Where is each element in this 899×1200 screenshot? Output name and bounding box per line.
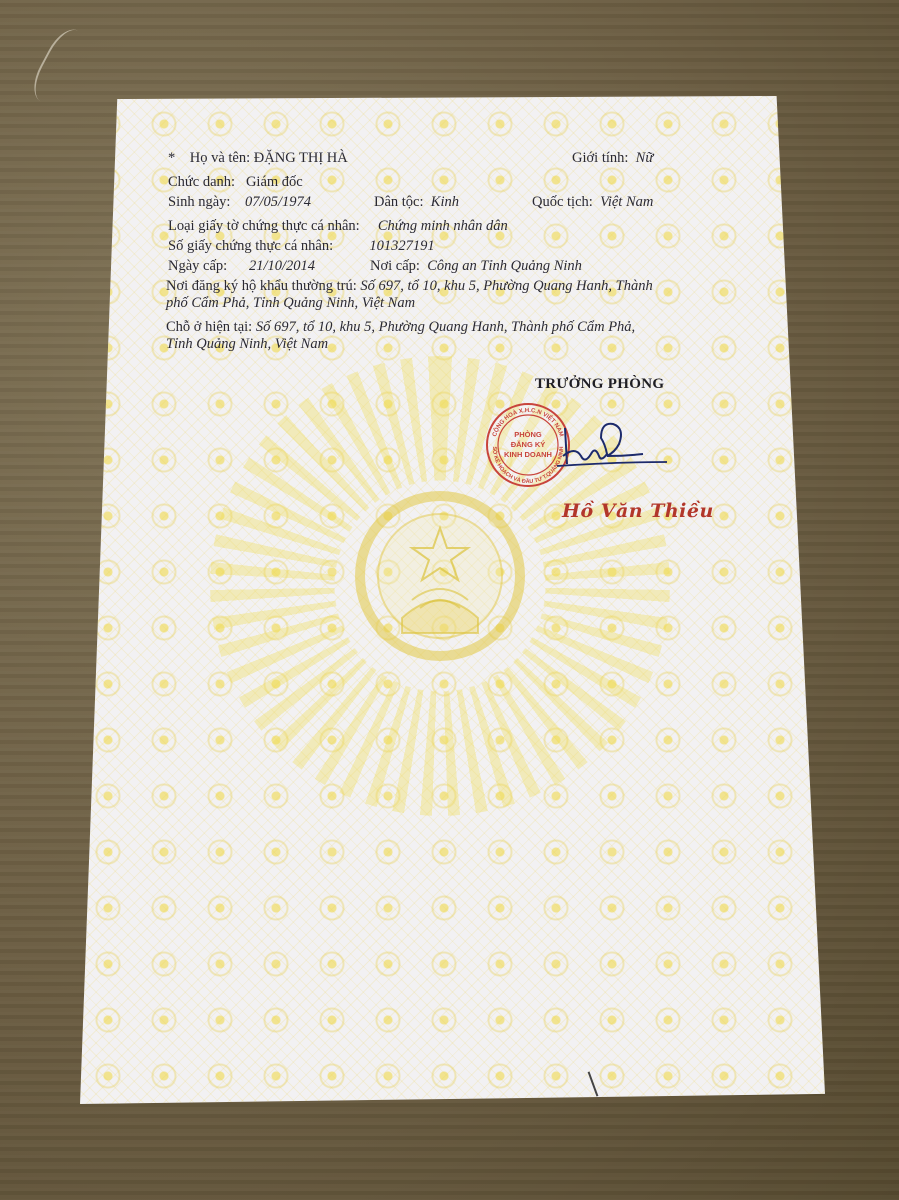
dob-row: Sinh ngày: 07/05/1974 xyxy=(168,194,311,211)
id-type-value: Chứng minh nhân dân xyxy=(378,218,508,234)
id-number-row: Số giấy chứng thực cá nhân: 101327191 xyxy=(168,238,435,255)
dob-value: 07/05/1974 xyxy=(245,194,311,210)
id-number-value: 101327191 xyxy=(369,238,434,254)
document-paper: * Họ và tên: ĐẶNG THỊ HÀ Giới tính: Nữ C… xyxy=(80,96,825,1104)
handwritten-signature-icon xyxy=(535,416,670,476)
gender-value: Nữ xyxy=(636,150,654,166)
current-address-continued: Tỉnh Quảng Ninh, Việt Nam xyxy=(166,336,328,353)
bullet: * xyxy=(168,150,175,166)
full-name-label: Họ và tên: xyxy=(190,150,250,166)
permanent-address-line1: Số 697, tổ 10, khu 5, Phường Quang Hanh,… xyxy=(360,278,652,294)
issue-date-row: Ngày cấp: 21/10/2014 xyxy=(168,258,315,275)
issue-date-value: 21/10/2014 xyxy=(249,258,315,274)
signer-name: Hồ Văn Thiều xyxy=(562,500,714,522)
current-address-line2: Tỉnh Quảng Ninh, Việt Nam xyxy=(166,336,328,352)
current-address-label: Chỗ ở hiện tại: xyxy=(166,319,252,335)
nationality-value: Việt Nam xyxy=(600,194,653,210)
permanent-address-line2: phố Cẩm Phả, Tỉnh Quảng Ninh, Việt Nam xyxy=(166,295,415,311)
issue-date-label: Ngày cấp: xyxy=(168,258,227,274)
full-name-row: * Họ và tên: ĐẶNG THỊ HÀ xyxy=(168,150,348,167)
id-type-row: Loại giấy tờ chứng thực cá nhân: Chứng m… xyxy=(168,218,508,235)
permanent-address-continued: phố Cẩm Phả, Tỉnh Quảng Ninh, Việt Nam xyxy=(166,295,415,312)
nationality-label: Quốc tịch: xyxy=(532,194,593,210)
current-address-row: Chỗ ở hiện tại: Số 697, tổ 10, khu 5, Ph… xyxy=(166,319,635,336)
nationality-row: Quốc tịch: Việt Nam xyxy=(532,194,653,211)
ethnicity-value: Kinh xyxy=(431,194,459,210)
gender-row: Giới tính: Nữ xyxy=(572,150,653,167)
dob-label: Sinh ngày: xyxy=(168,194,230,210)
id-type-label: Loại giấy tờ chứng thực cá nhân: xyxy=(168,218,360,234)
issue-place-row: Nơi cấp: Công an Tỉnh Quảng Ninh xyxy=(370,258,582,275)
issue-place-value: Công an Tỉnh Quảng Ninh xyxy=(427,258,582,274)
full-name-value: ĐẶNG THỊ HÀ xyxy=(254,150,348,166)
position-value: Giám đốc xyxy=(246,174,303,190)
ethnicity-label: Dân tộc: xyxy=(374,194,424,210)
issue-place-label: Nơi cấp: xyxy=(370,258,420,274)
ethnicity-row: Dân tộc: Kinh xyxy=(374,194,459,211)
signature-title: TRƯỞNG PHÒNG xyxy=(535,376,664,393)
id-number-label: Số giấy chứng thực cá nhân: xyxy=(168,238,333,254)
permanent-address-row: Nơi đăng ký hộ khẩu thường trú: Số 697, … xyxy=(166,278,653,295)
current-address-line1: Số 697, tổ 10, khu 5, Phường Quang Hanh,… xyxy=(256,319,635,335)
national-emblem-watermark-icon xyxy=(352,488,528,664)
permanent-address-label: Nơi đăng ký hộ khẩu thường trú: xyxy=(166,278,357,294)
position-label: Chức danh: xyxy=(168,174,235,190)
position-row: Chức danh: Giám đốc xyxy=(168,174,303,191)
table-scratch-mark xyxy=(26,23,101,113)
gender-label: Giới tính: xyxy=(572,150,628,166)
